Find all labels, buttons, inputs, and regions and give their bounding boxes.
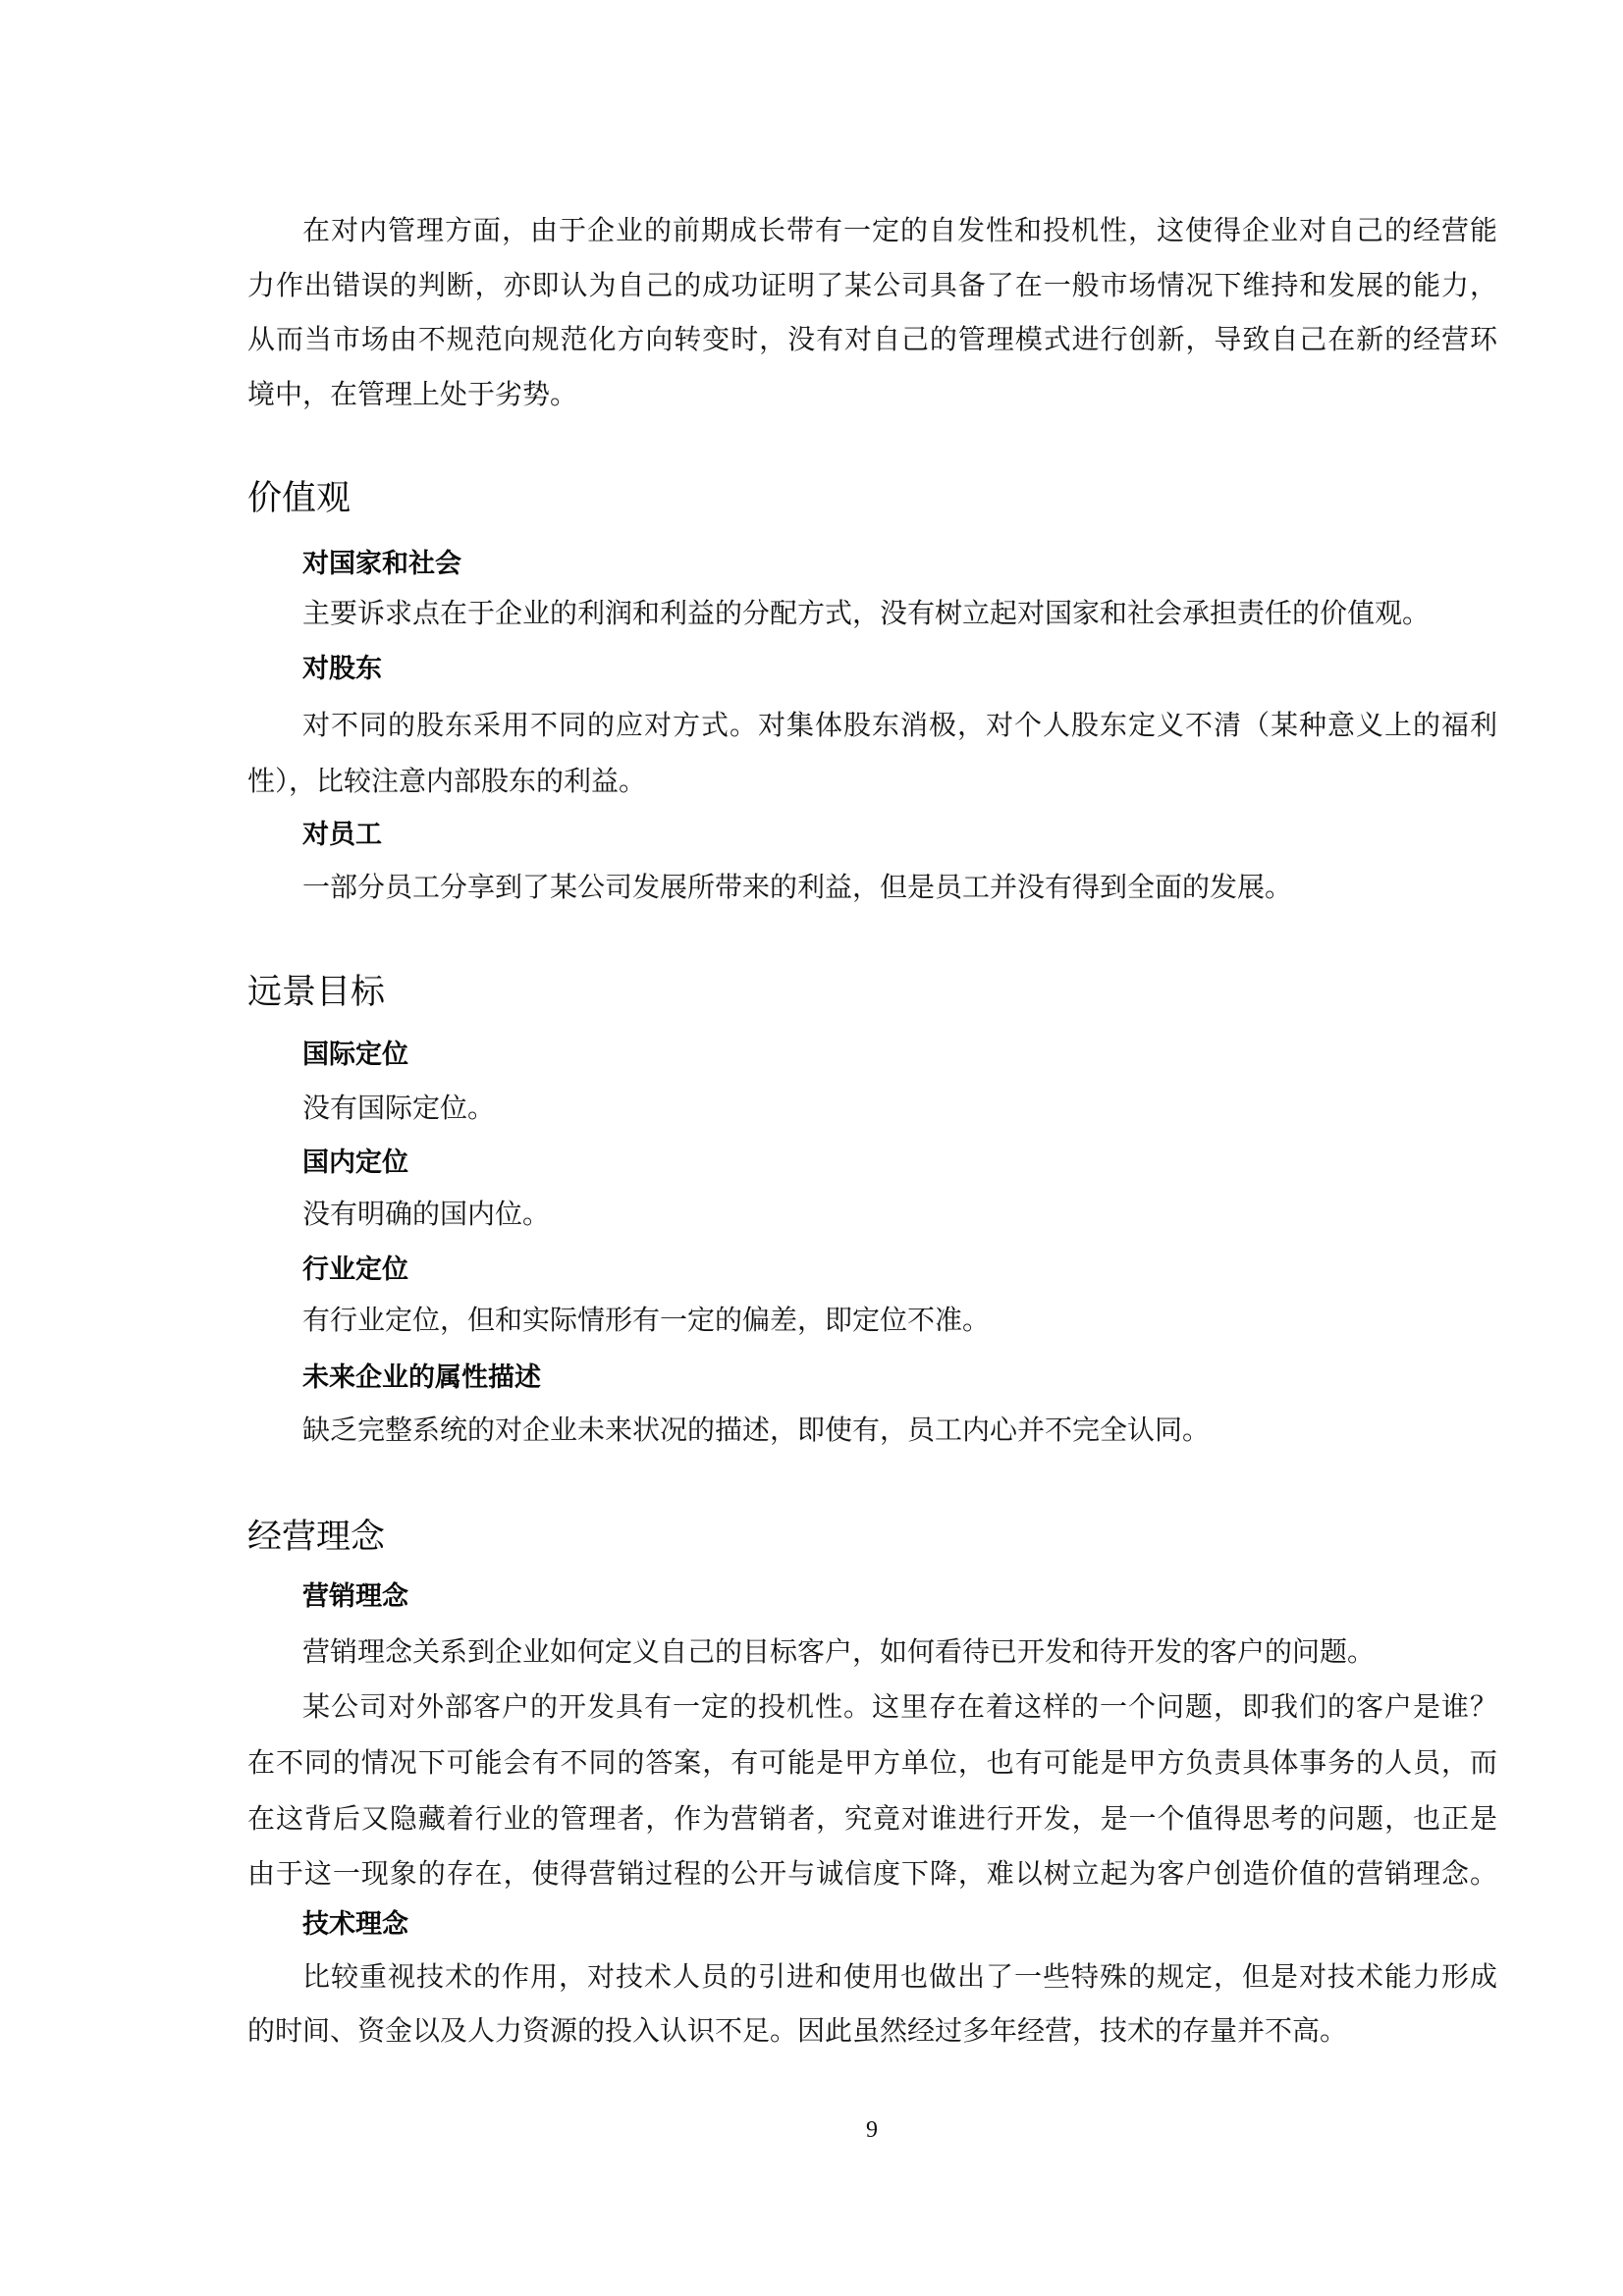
paragraph-line: 在对内管理方面，由于企业的前期成长带有一定的自发性和投机性，这使得企业对自己的经… [302, 214, 1497, 247]
subsection-heading: 行业定位 [302, 1254, 408, 1287]
paragraph-line: 缺乏完整系统的对企业未来状况的描述，即使有，员工内心并不完全认同。 [302, 1414, 1210, 1447]
subsection-heading: 对国家和社会 [302, 548, 461, 581]
subsection-heading: 未来企业的属性描述 [302, 1362, 541, 1395]
paragraph-line: 营销理念关系到企业如何定义自己的目标客户，如何看待已开发和待开发的客户的问题。 [302, 1635, 1375, 1669]
paragraph-line: 性），比较注意内部股东的利益。 [247, 765, 646, 798]
paragraph-line: 从而当市场由不规范向规范化方向转变时，没有对自己的管理模式进行创新，导致自己在新… [247, 323, 1497, 356]
paragraph-line: 主要诉求点在于企业的利润和利益的分配方式，没有树立起对国家和社会承担责任的价值观… [302, 597, 1430, 630]
section-heading: 经营理念 [247, 1518, 385, 1557]
section-heading: 远景目标 [247, 973, 385, 1012]
paragraph-line: 的时间、资金以及人力资源的投入认识不足。因此虽然经过多年经营，技术的存量并不高。 [247, 2014, 1347, 2048]
paragraph-line: 没有国际定位。 [302, 1092, 495, 1125]
paragraph-line: 对不同的股东采用不同的应对方式。对集体股东消极，对个人股东定义不清（某种意义上的… [302, 709, 1497, 742]
document-page: 在对内管理方面，由于企业的前期成长带有一定的自发性和投机性，这使得企业对自己的经… [0, 0, 1623, 2296]
paragraph-line: 境中，在管理上处于劣势。 [247, 378, 577, 411]
paragraph-line: 某公司对外部客户的开发具有一定的投机性。这里存在着这样的一个问题，即我们的客户是… [302, 1690, 1497, 1724]
paragraph-line: 力作出错误的判断，亦即认为自己的成功证明了某公司具备了在一般市场情况下维持和发展… [247, 269, 1497, 302]
section-heading: 价值观 [247, 479, 351, 518]
paragraph-line: 有行业定位，但和实际情形有一定的偏差，即定位不准。 [302, 1304, 990, 1337]
paragraph-line: 由于这一现象的存在，使得营销过程的公开与诚信度下降，难以树立起为客户创造价值的营… [247, 1857, 1497, 1891]
page-number: 9 [862, 2116, 882, 2144]
paragraph-line: 在不同的情况下可能会有不同的答案，有可能是甲方单位，也有可能是甲方负责具体事务的… [247, 1746, 1497, 1780]
paragraph-line: 比较重视技术的作用，对技术人员的引进和使用也做出了一些特殊的规定，但是对技术能力… [302, 1960, 1497, 1994]
subsection-heading: 国际定位 [302, 1039, 408, 1072]
paragraph-line: 一部分员工分享到了某公司发展所带来的利益，但是员工并没有得到全面的发展。 [302, 871, 1292, 904]
paragraph-line: 没有明确的国内位。 [302, 1198, 550, 1231]
subsection-heading: 营销理念 [302, 1580, 408, 1614]
subsection-heading: 技术理念 [302, 1908, 408, 1942]
paragraph-line: 在这背后又隐藏着行业的管理者，作为营销者，究竟对谁进行开发，是一个值得思考的问题… [247, 1802, 1497, 1836]
subsection-heading: 对员工 [302, 819, 382, 852]
subsection-heading: 对股东 [302, 653, 382, 686]
subsection-heading: 国内定位 [302, 1147, 408, 1180]
